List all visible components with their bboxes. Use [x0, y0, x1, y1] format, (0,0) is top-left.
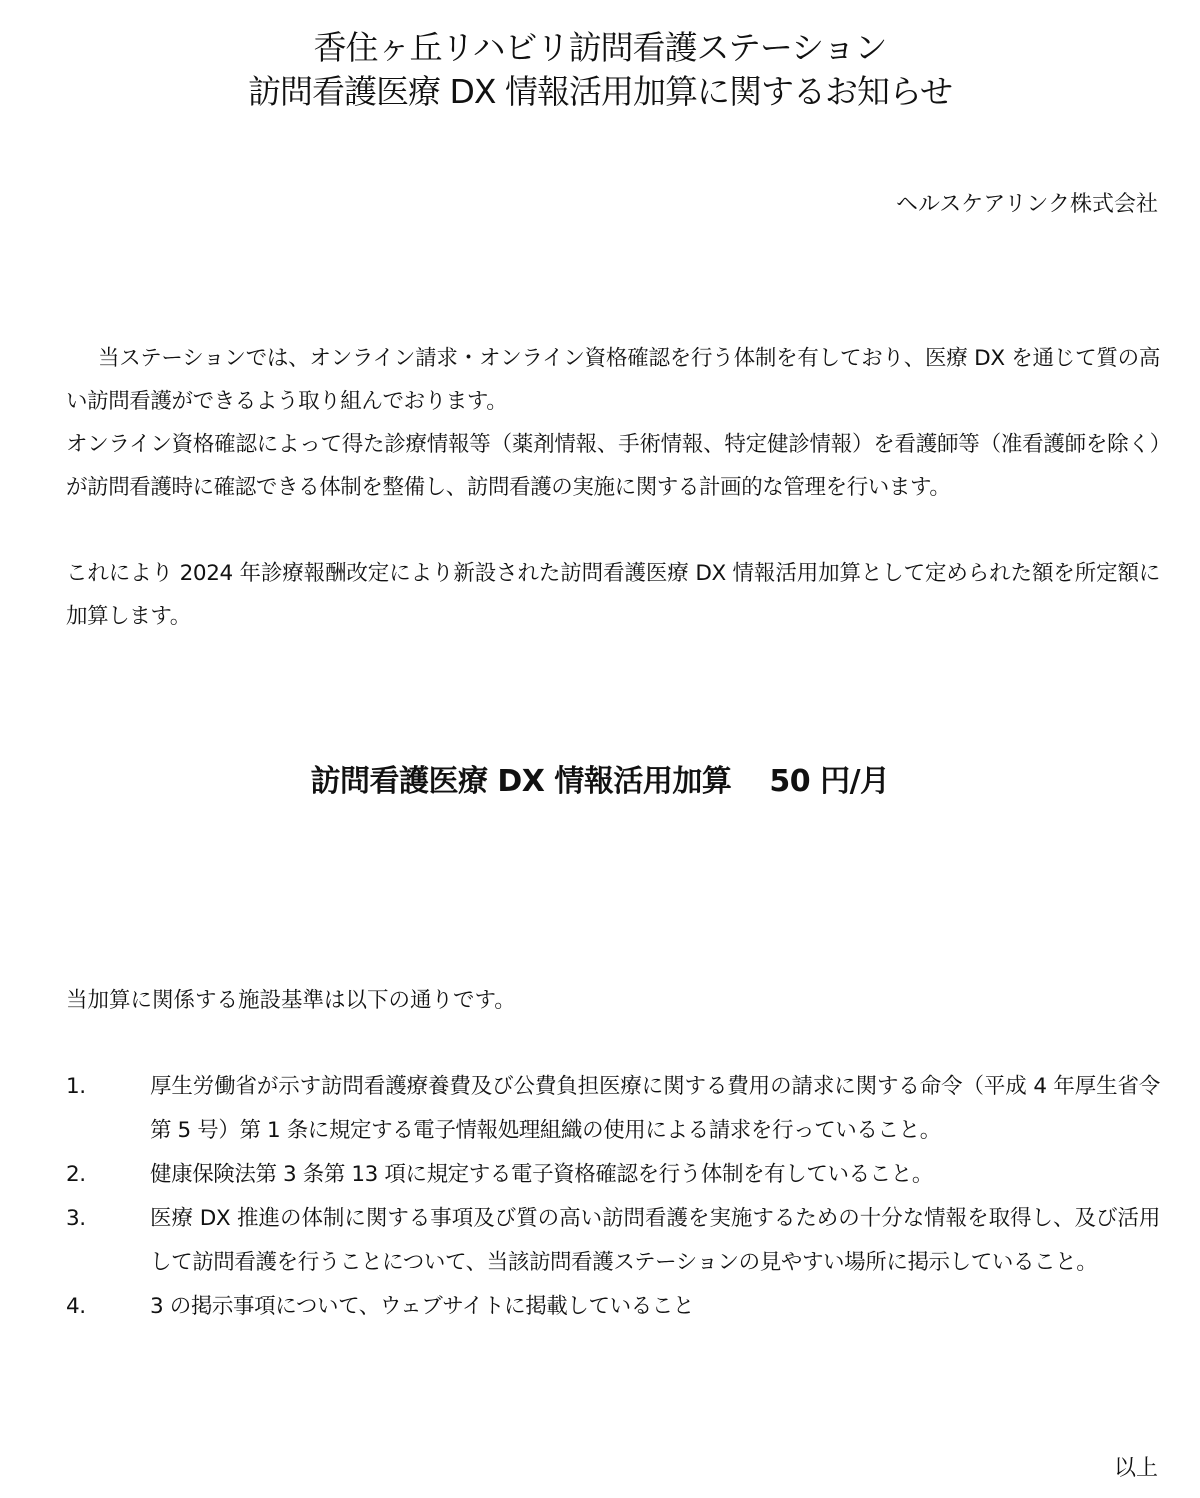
body-paragraph-1: 当ステーションでは、オンライン請求・オンライン資格確認を行う体制を有しており、医…: [66, 337, 1160, 423]
fee-headline: 訪問看護医療 DX 情報活用加算50 円/月: [0, 758, 1200, 806]
criteria-item-number: 3.: [66, 1197, 150, 1285]
criteria-item-text: 健康保険法第 3 条第 13 項に規定する電子資格確認を行う体制を有していること…: [150, 1153, 1160, 1197]
body-paragraph-2: オンライン資格確認によって得た診療情報等（薬剤情報、手術情報、特定健診情報）を看…: [66, 423, 1160, 509]
body-paragraph-3: これにより 2024 年診療報酬改定により新設された訪問看護医療 DX 情報活用…: [66, 552, 1160, 638]
criteria-item-number: 2.: [66, 1153, 150, 1197]
closing-mark: 以上: [1114, 1454, 1158, 1484]
criteria-item-text: 厚生労働省が示す訪問看護療養費及び公費負担医療に関する費用の請求に関する命令（平…: [150, 1065, 1160, 1153]
document-title-station: 香住ヶ丘リハビリ訪問看護ステーション: [0, 26, 1200, 70]
criteria-item-text: 医療 DX 推進の体制に関する事項及び質の高い訪問看護を実施するための十分な情報…: [150, 1197, 1160, 1285]
criteria-item-number: 4.: [66, 1285, 150, 1329]
criteria-item: 1. 厚生労働省が示す訪問看護療養費及び公費負担医療に関する費用の請求に関する命…: [66, 1065, 1160, 1153]
company-name: ヘルスケアリンク株式会社: [896, 190, 1158, 220]
criteria-intro: 当加算に関係する施設基準は以下の通りです。: [66, 983, 516, 1019]
criteria-item: 4. 3 の掲示事項について、ウェブサイトに掲載していること: [66, 1285, 1160, 1329]
criteria-item-text: 3 の掲示事項について、ウェブサイトに掲載していること: [150, 1285, 1160, 1329]
fee-name: 訪問看護医療 DX 情報活用加算: [310, 764, 731, 799]
criteria-item: 2. 健康保険法第 3 条第 13 項に規定する電子資格確認を行う体制を有してい…: [66, 1153, 1160, 1197]
criteria-list: 1. 厚生労働省が示す訪問看護療養費及び公費負担医療に関する費用の請求に関する命…: [66, 1065, 1160, 1329]
criteria-item: 3. 医療 DX 推進の体制に関する事項及び質の高い訪問看護を実施するための十分…: [66, 1197, 1160, 1285]
fee-amount: 50 円/月: [769, 764, 889, 799]
criteria-item-number: 1.: [66, 1065, 150, 1153]
document-title-notice: 訪問看護医療 DX 情報活用加算に関するお知らせ: [0, 70, 1200, 114]
